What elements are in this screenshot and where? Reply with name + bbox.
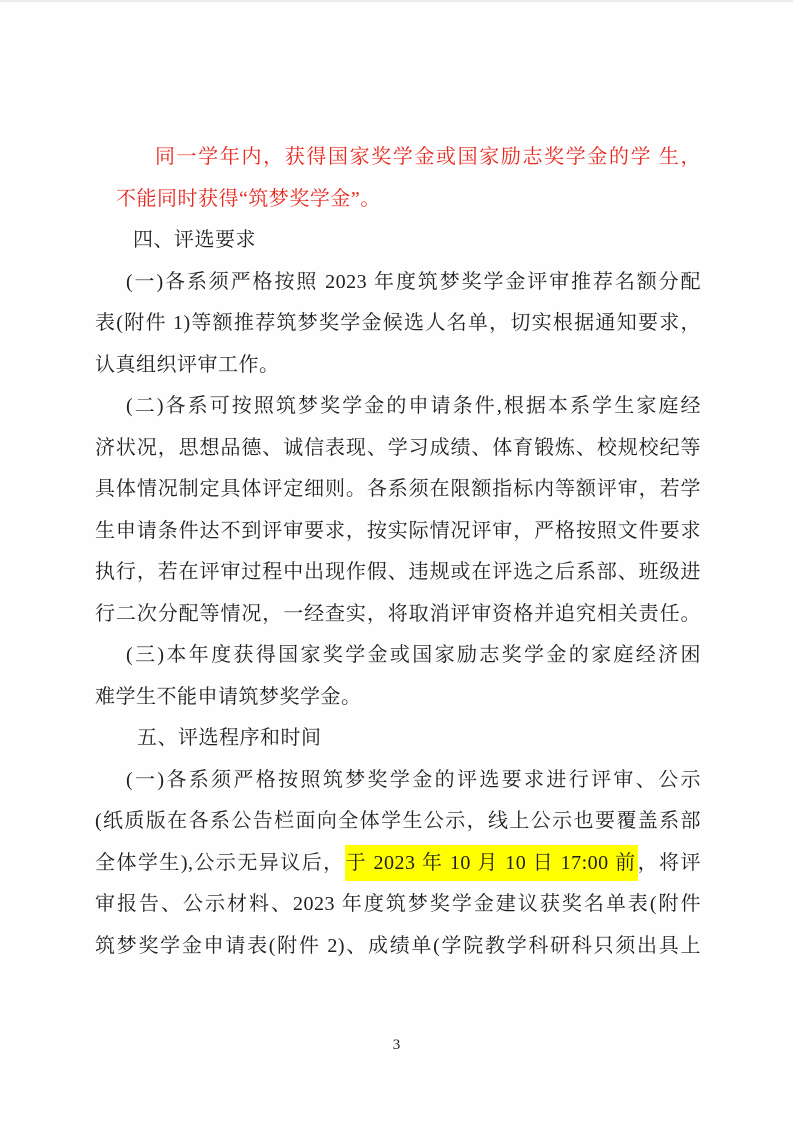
page-number: 3 (0, 1034, 793, 1056)
body-line: 执行，若在评审过程中出现作假、违规或在评选之后系部、班级进 (95, 552, 701, 594)
section-heading-five: 五、评选程序和时间 (95, 718, 701, 760)
body-line: 表(附件 1)等额推荐筑梦奖学金候选人名单，切实根据通知要求， (95, 303, 701, 345)
body-line: (二)各系可按照筑梦奖学金的申请条件,根据本系学生家庭经 (95, 386, 701, 428)
body-line: (一)各系须严格按照 2023 年度筑梦奖学金评审推荐名额分配 (95, 262, 701, 304)
document-text-block: 同一学年内，获得国家奖学金或国家励志奖学金的学 生， 不能同时获得“筑梦奖学金”… (95, 137, 701, 967)
body-line: 筑梦奖学金申请表(附件 2)、成绩单(学院教学科研科只须出具上 (95, 926, 701, 968)
section-heading-four: 四、评选要求 (95, 220, 701, 262)
body-line: 审报告、公示材料、2023 年度筑梦奖学金建议获奖名单表(附件 3)、 (95, 884, 701, 926)
body-line: 难学生不能申请筑梦奖学金。 (95, 677, 701, 719)
body-line: 济状况，思想品德、诚信表现、学习成绩、体育锻炼、校规校纪等 (95, 428, 701, 470)
page-top-edge (0, 0, 793, 2)
body-line: 生申请条件达不到评审要求，按实际情况评审，严格按照文件要求 (95, 511, 701, 553)
red-notice-line: 不能同时获得“筑梦奖学金”。 (95, 179, 701, 221)
body-line: 认真组织评审工作。 (95, 345, 701, 387)
body-line: (三)本年度获得国家奖学金或国家励志奖学金的家庭经济困 (95, 635, 701, 677)
red-notice-line: 同一学年内，获得国家奖学金或国家励志奖学金的学 生， (95, 137, 701, 179)
body-line-with-highlight: 全体学生),公示无异议后，于 2023 年 10 月 10 日 17:00 前，… (95, 843, 701, 885)
deadline-highlight: 于 2023 年 10 月 10 日 17:00 前 (345, 845, 638, 881)
body-line: 行二次分配等情况，一经查实，将取消评审资格并追究相关责任。 (95, 594, 701, 636)
document-page: 同一学年内，获得国家奖学金或国家励志奖学金的学 生， 不能同时获得“筑梦奖学金”… (0, 0, 793, 1122)
body-line: 具体情况制定具体评定细则。各系须在限额指标内等额评审，若学 (95, 469, 701, 511)
body-line-segment: ，将评 (638, 852, 701, 874)
body-line-segment: 全体学生),公示无异议后， (95, 852, 345, 874)
body-line: (一)各系须严格按照筑梦奖学金的评选要求进行评审、公示 (95, 760, 701, 802)
body-line: (纸质版在各系公告栏面向全体学生公示，线上公示也要覆盖系部 (95, 801, 701, 843)
